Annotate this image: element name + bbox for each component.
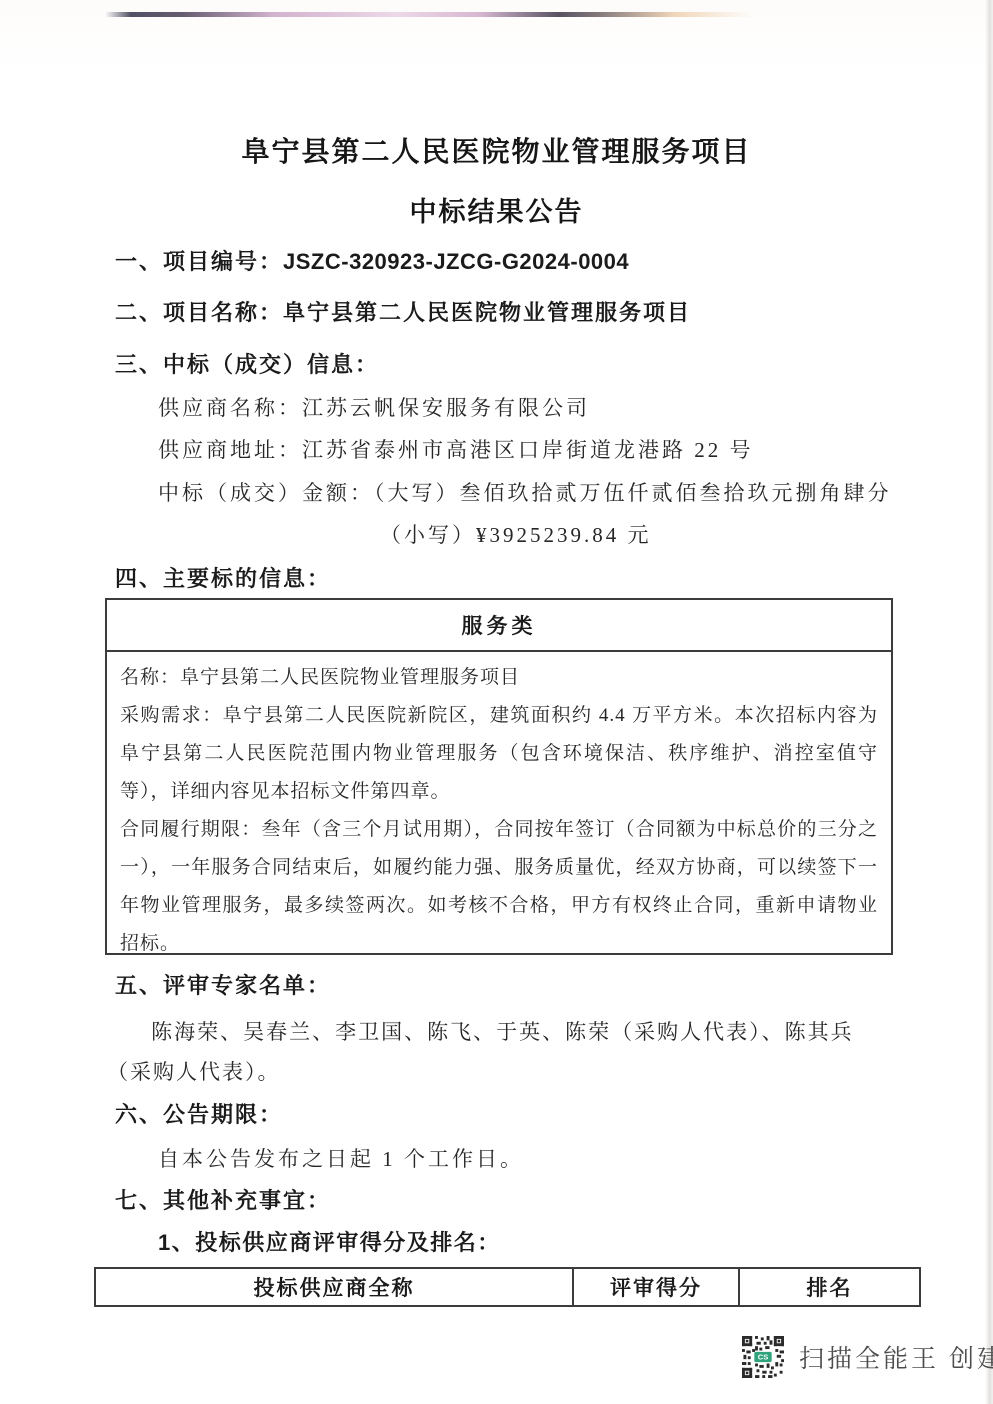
document-title: 阜宁县第二人民医院物业管理服务项目 [0,130,993,170]
supplier-name-line: 供应商名称：江苏云帆保安服务有限公司 [158,392,590,422]
subject-row-name: 名称：阜宁县第二人民医院物业管理服务项目 [120,659,878,697]
project-number-label: 一、项目编号： [115,249,283,274]
section-subject-info-heading: 四、主要标的信息： [115,562,331,593]
section-notice-period-heading: 六、公告期限： [115,1098,283,1129]
subject-row-requirement: 采购需求：阜宁县第二人民医院新院区，建筑面积约 4.4 万平方米。本次招标内容为… [120,697,878,811]
section-project-number: 一、项目编号：JSZC-320923-JZCG-G2024-0004 [115,245,629,276]
other-matters-item1: 1、投标供应商评审得分及排名： [158,1226,501,1257]
subject-row-contract-term: 合同履行期限：叁年（含三个月试用期），合同按年签订（合同额为中标总价的三分之一）… [120,811,878,963]
subject-table-header: 服务类 [107,600,891,652]
score-header-rank-label: 排名 [807,1272,853,1302]
scanner-watermark: CS 扫描全能王 创建 [742,1336,993,1378]
scanner-watermark-label: 扫描全能王 创建 [799,1339,993,1375]
score-header-supplier-label: 投标供应商全称 [254,1272,415,1302]
score-table: 投标供应商全称 评审得分 排名 [94,1267,921,1307]
project-name-value: 阜宁县第二人民医院物业管理服务项目 [283,300,691,325]
subject-table-body: 名称：阜宁县第二人民医院物业管理服务项目 采购需求：阜宁县第二人民医院新院区，建… [107,652,891,970]
project-name-label: 二、项目名称： [115,300,283,325]
scan-artifact-streak [105,12,753,17]
score-table-header-rank: 排名 [740,1269,919,1305]
project-number-value: JSZC-320923-JZCG-G2024-0004 [283,249,629,274]
subject-table-header-label: 服务类 [462,610,537,640]
section-other-matters-heading: 七、其他补充事宜： [115,1184,331,1215]
section-project-name: 二、项目名称：阜宁县第二人民医院物业管理服务项目 [115,296,691,327]
section-experts-heading: 五、评审专家名单： [115,969,331,1000]
supplier-address-line: 供应商地址：江苏省泰州市高港区口岸街道龙港路 22 号 [158,434,754,464]
scanned-page: 阜宁县第二人民医院物业管理服务项目 中标结果公告 一、项目编号：JSZC-320… [0,0,993,1404]
svg-text:CS: CS [758,1353,768,1362]
subject-info-table: 服务类 名称：阜宁县第二人民医院物业管理服务项目 采购需求：阜宁县第二人民医院新… [105,598,893,955]
score-header-score-label: 评审得分 [610,1272,702,1302]
award-amount-words-line: 中标（成交）金额：（大写）叁佰玖拾贰万伍仟贰佰叁拾玖元捌角肆分 [158,477,892,507]
section-award-info-heading: 三、中标（成交）信息： [115,348,379,379]
score-table-header-score: 评审得分 [574,1269,740,1305]
qrcode-icon: CS [742,1336,784,1378]
document-subtitle: 中标结果公告 [0,190,993,229]
award-amount-figures-line: （小写）¥3925239.84 元 [380,519,652,549]
notice-period-value: 自本公告发布之日起 1 个工作日。 [158,1143,524,1173]
score-table-header-supplier: 投标供应商全称 [96,1269,574,1305]
experts-names: 陈海荣、吴春兰、李卫国、陈飞、于英、陈荣（采购人代表）、陈其兵（采购人代表）。 [107,1012,899,1092]
